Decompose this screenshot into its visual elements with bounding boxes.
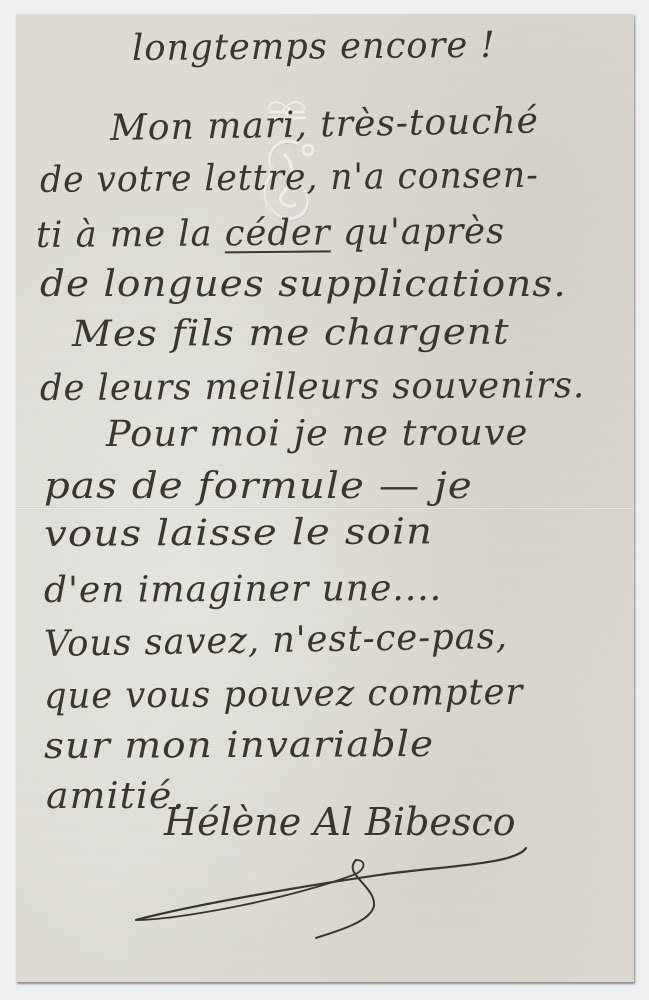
letter-line-9: pas de formule — je [44, 466, 473, 507]
paper-fold-line [16, 507, 634, 510]
signature-flourish-icon [116, 834, 556, 944]
letter-line-6: Mes fils me chargent [72, 312, 510, 355]
letter-line-4: ti à me la céder qu'après [36, 211, 506, 256]
letter-line-2: Mon mari, très-touché [110, 101, 540, 149]
letter-line-13: que vous pouvez compter [44, 672, 524, 717]
letter-line-1: longtemps encore ! [132, 25, 496, 69]
line-4-start: ti à me la [36, 213, 225, 256]
underlined-word: céder [225, 212, 331, 254]
line-4-end: qu'après [330, 211, 505, 254]
letter-line-10: vous laisse le soin [44, 511, 433, 555]
letter-line-8: Pour moi je ne trouve [106, 413, 529, 455]
letter-line-12: Vous savez, n'est-ce-pas, [44, 616, 509, 665]
letter-page: longtemps encore ! Mon mari, très-touché… [16, 14, 634, 982]
letter-line-5: de longues supplications. [40, 264, 567, 305]
letter-line-14: sur mon invariable [44, 724, 434, 767]
letter-line-7: de leurs meilleurs souvenirs. [40, 365, 585, 409]
letter-line-3: de votre lettre, n'a consen- [40, 155, 539, 201]
letter-line-11: d'en imaginer une.... [44, 568, 442, 611]
